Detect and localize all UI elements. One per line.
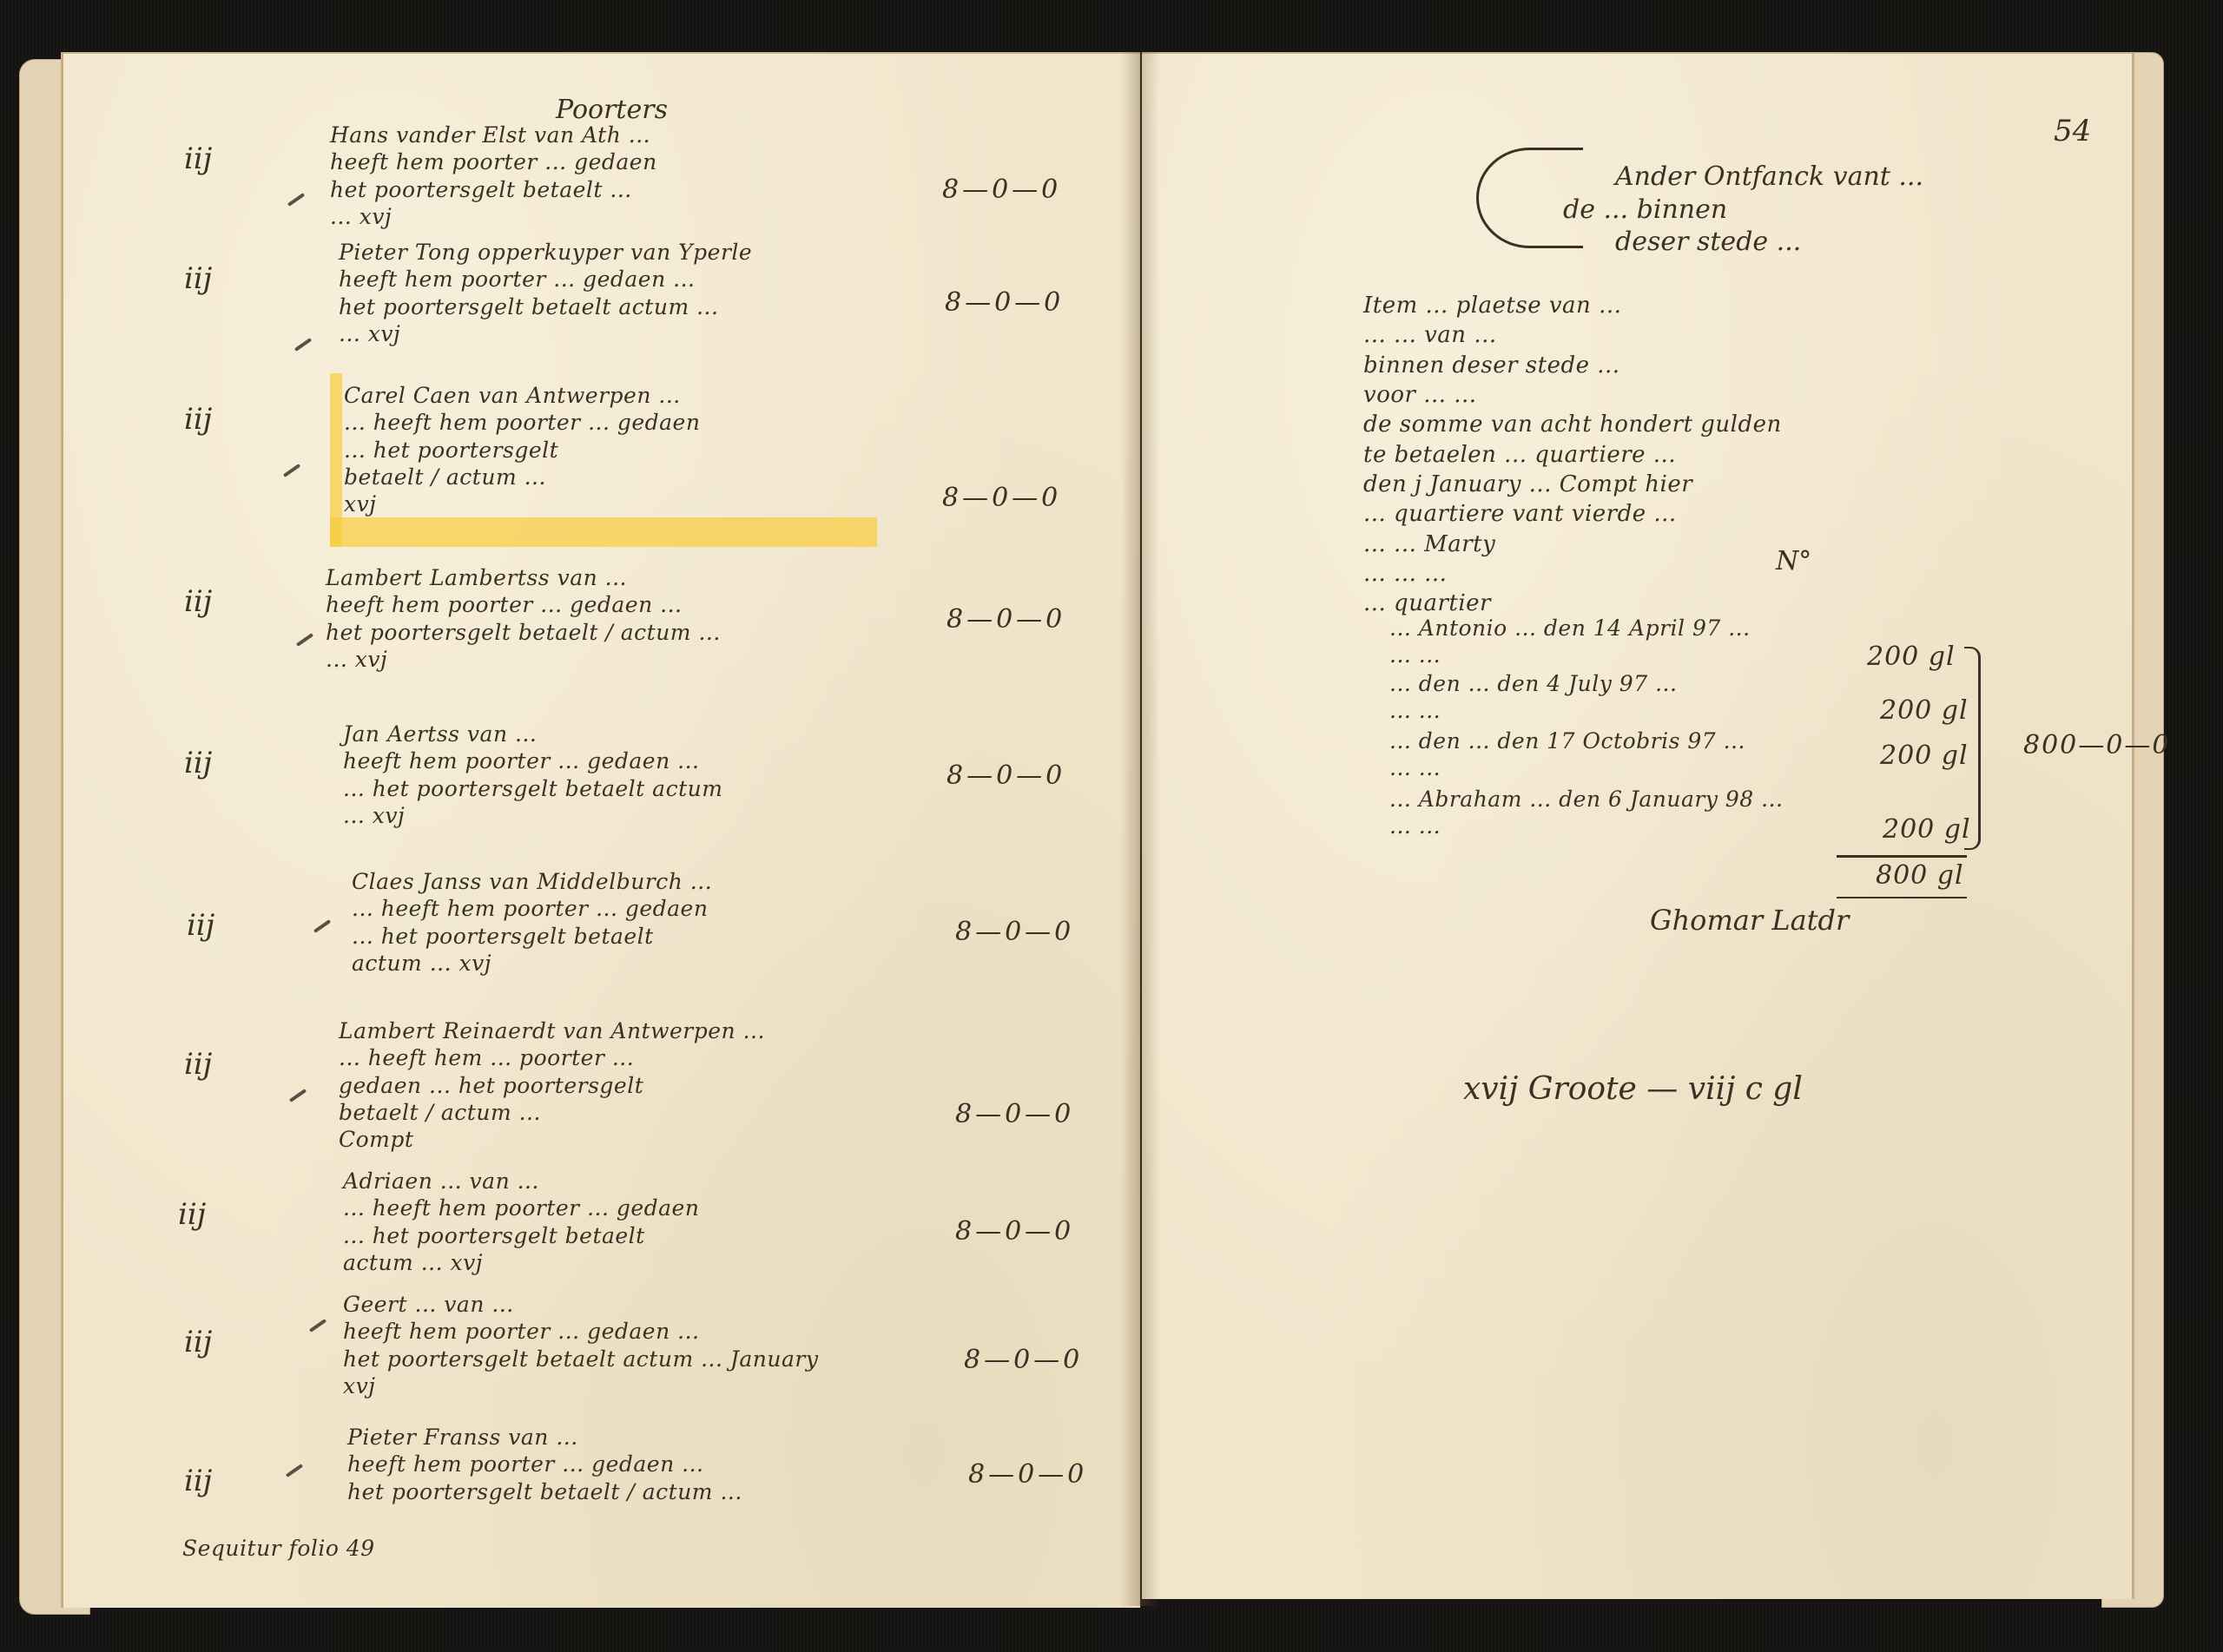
margin-mark: iij — [184, 260, 212, 298]
margin-mark: iij — [187, 907, 214, 944]
ledger-row: ... Abraham ... den 6 January 98 ... ...… — [1389, 786, 1784, 840]
margin-mark: iij — [184, 745, 212, 782]
signature: Ghomar Latdr — [1650, 903, 1849, 938]
entry-amount: 8—0—0 — [947, 603, 1065, 636]
margin-mark: iij — [184, 401, 212, 438]
ledger-amount: 200 gl — [1883, 813, 1971, 846]
entry-text: Lambert Reinaerdt van Antwerpen ... ... … — [339, 1017, 765, 1153]
margin-mark: iij — [184, 1463, 212, 1500]
subtotal-rule-bottom — [1837, 897, 1967, 898]
entry-text: Pieter Franss van ... heeft hem poorter … — [347, 1424, 742, 1505]
margin-mark: iij — [184, 583, 212, 621]
entry-text: Geert ... van ... heeft hem poorter ... … — [343, 1291, 819, 1399]
highlight-horizontal — [330, 517, 877, 547]
ledger-amount: 200 gl — [1867, 641, 1956, 674]
entry-amount: 8—0—0 — [942, 174, 1061, 207]
entry-amount: 8—0—0 — [955, 1098, 1074, 1131]
entry-text: Pieter Tong opperkuyper van Yperle heeft… — [339, 239, 752, 347]
entry-text: Adriaen ... van ... ... heeft hem poorte… — [343, 1168, 699, 1276]
entry-amount: 8—0—0 — [942, 482, 1061, 515]
ledger-bracket — [1964, 647, 1981, 850]
margin-mark: iij — [178, 1196, 206, 1234]
margin-mark: iij — [184, 141, 212, 178]
entry-amount: 8—0—0 — [968, 1458, 1087, 1491]
paragraph-number-mark: N° — [1776, 545, 1811, 578]
entry-amount: 8—0—0 — [945, 286, 1064, 319]
bracket-total: 800—0—0 — [2023, 729, 2170, 762]
summary-line: xvij Groote — viij c gl — [1463, 1070, 1803, 1109]
entry-text: Jan Aertss van ... heeft hem poorter ...… — [343, 721, 722, 829]
book-gutter — [1120, 52, 1160, 1606]
entry-amount: 8—0—0 — [964, 1344, 1083, 1377]
catchword-note: Sequitur folio 49 — [182, 1535, 375, 1562]
entry-amount: 8—0—0 — [955, 916, 1074, 949]
ledger-row: ... Antonio ... den 14 April 97 ... ... … — [1389, 615, 1751, 669]
margin-mark: iij — [184, 1046, 212, 1083]
ledger-amount: 200 gl — [1880, 694, 1969, 727]
entry-amount: 8—0—0 — [947, 760, 1065, 793]
ledger-row: ... den ... den 17 Octobris 97 ... ... .… — [1389, 727, 1745, 782]
highlighted-entry-text: Carel Caen van Antwerpen ... ... heeft h… — [344, 382, 700, 517]
ledger-subtotal: 800 gl — [1876, 859, 1964, 892]
folio-number: 54 — [2054, 113, 2091, 150]
subtotal-rule-top — [1837, 855, 1967, 858]
entry-text: Hans vander Elst van Ath ... heeft hem p… — [330, 122, 657, 230]
margin-mark: iij — [184, 1324, 212, 1361]
right-page-heading: Ander Ontfanck vant ... de ... binnen de… — [1615, 161, 1923, 259]
open-ledger-book: Poorters iij Hans vander Elst van Ath ..… — [0, 0, 2223, 1652]
ledger-row: ... den ... den 4 July 97 ... ... ... — [1389, 670, 1677, 725]
income-paragraph: Item ... plaetse van ... ... ... van ...… — [1363, 291, 1782, 618]
entry-amount: 8—0—0 — [955, 1215, 1074, 1248]
ledger-amount: 200 gl — [1880, 740, 1969, 773]
entry-text: Lambert Lambertss van ... heeft hem poor… — [326, 564, 721, 673]
entry-text: Claes Janss van Middelburch ... ... heef… — [352, 868, 712, 977]
